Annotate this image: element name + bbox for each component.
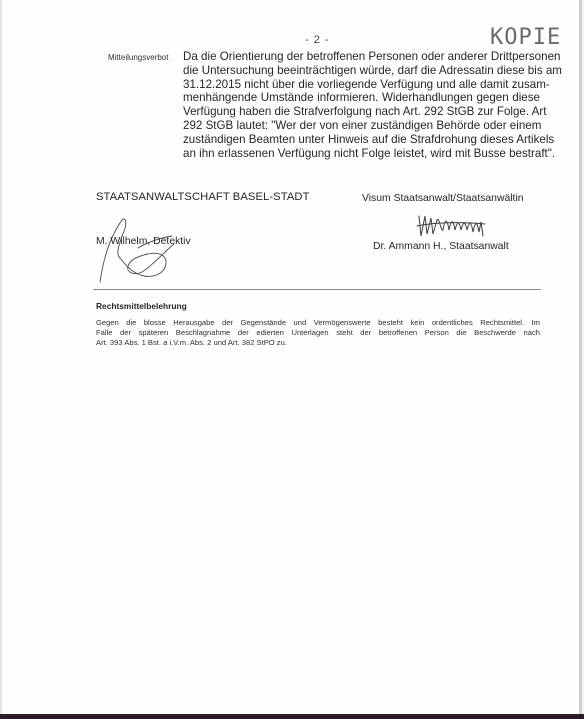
paragraph-line: an ihn erlassenen Verfügung nicht Folge …: [183, 147, 540, 161]
visum-label: Visum Staatsanwalt/Staatsanwältin: [362, 193, 524, 204]
legal-remedy-text: Gegen die blosse Herausgabe der Gegenstä…: [96, 318, 540, 348]
paragraph-line: Da die Orientierung der betroffenen Pers…: [183, 50, 540, 64]
page-number: - 2 -: [305, 34, 330, 46]
paragraph-line: 292 StGB lautet: "Wer der von einer zust…: [183, 119, 540, 133]
page-left-edge: [0, 0, 2, 714]
copy-stamp: KOPIE: [490, 25, 561, 50]
paragraph-line: Verfügung haben die Strafverfolgung nach…: [183, 105, 540, 119]
margin-label: Mitteilungsverbot: [108, 53, 168, 62]
remedy-line: Gegen die blosse Herausgabe der Gegenstä…: [96, 318, 540, 328]
officer-name: M. Wilhelm, Detektiv: [96, 236, 191, 247]
paragraph-line: die Untersuchung beeinträchtigen würde, …: [183, 64, 540, 78]
paragraph-line: 31.12.2015 nicht über die vorliegende Ve…: [183, 78, 540, 92]
issuing-authority: STAATSANWALTSCHAFT BASEL-STADT: [96, 191, 310, 203]
viewer-bottom-bar: [0, 714, 584, 719]
main-paragraph: Da die Orientierung der betroffenen Pers…: [183, 50, 540, 160]
paragraph-line: zuständigen Beamten unter Hinweis auf di…: [183, 133, 540, 147]
prosecutor-name: Dr. Ammann H., Staatsanwalt: [373, 241, 509, 252]
legal-remedy-title: Rechtsmittelbelehrung: [96, 301, 187, 311]
officer-signature-icon: [82, 214, 182, 294]
section-divider: [93, 289, 541, 290]
remedy-line: Falle der späteren Beschlagnahme der edi…: [96, 328, 540, 338]
document-page: - 2 - KOPIE Mitteilungsverbot Da die Ori…: [0, 0, 580, 714]
remedy-line: Art. 393 Abs. 1 Bst. a i.V.m. Abs. 2 und…: [96, 338, 540, 348]
paragraph-line: menhängende Umstände informieren. Widerh…: [183, 91, 540, 105]
prosecutor-signature-icon: [415, 212, 495, 240]
